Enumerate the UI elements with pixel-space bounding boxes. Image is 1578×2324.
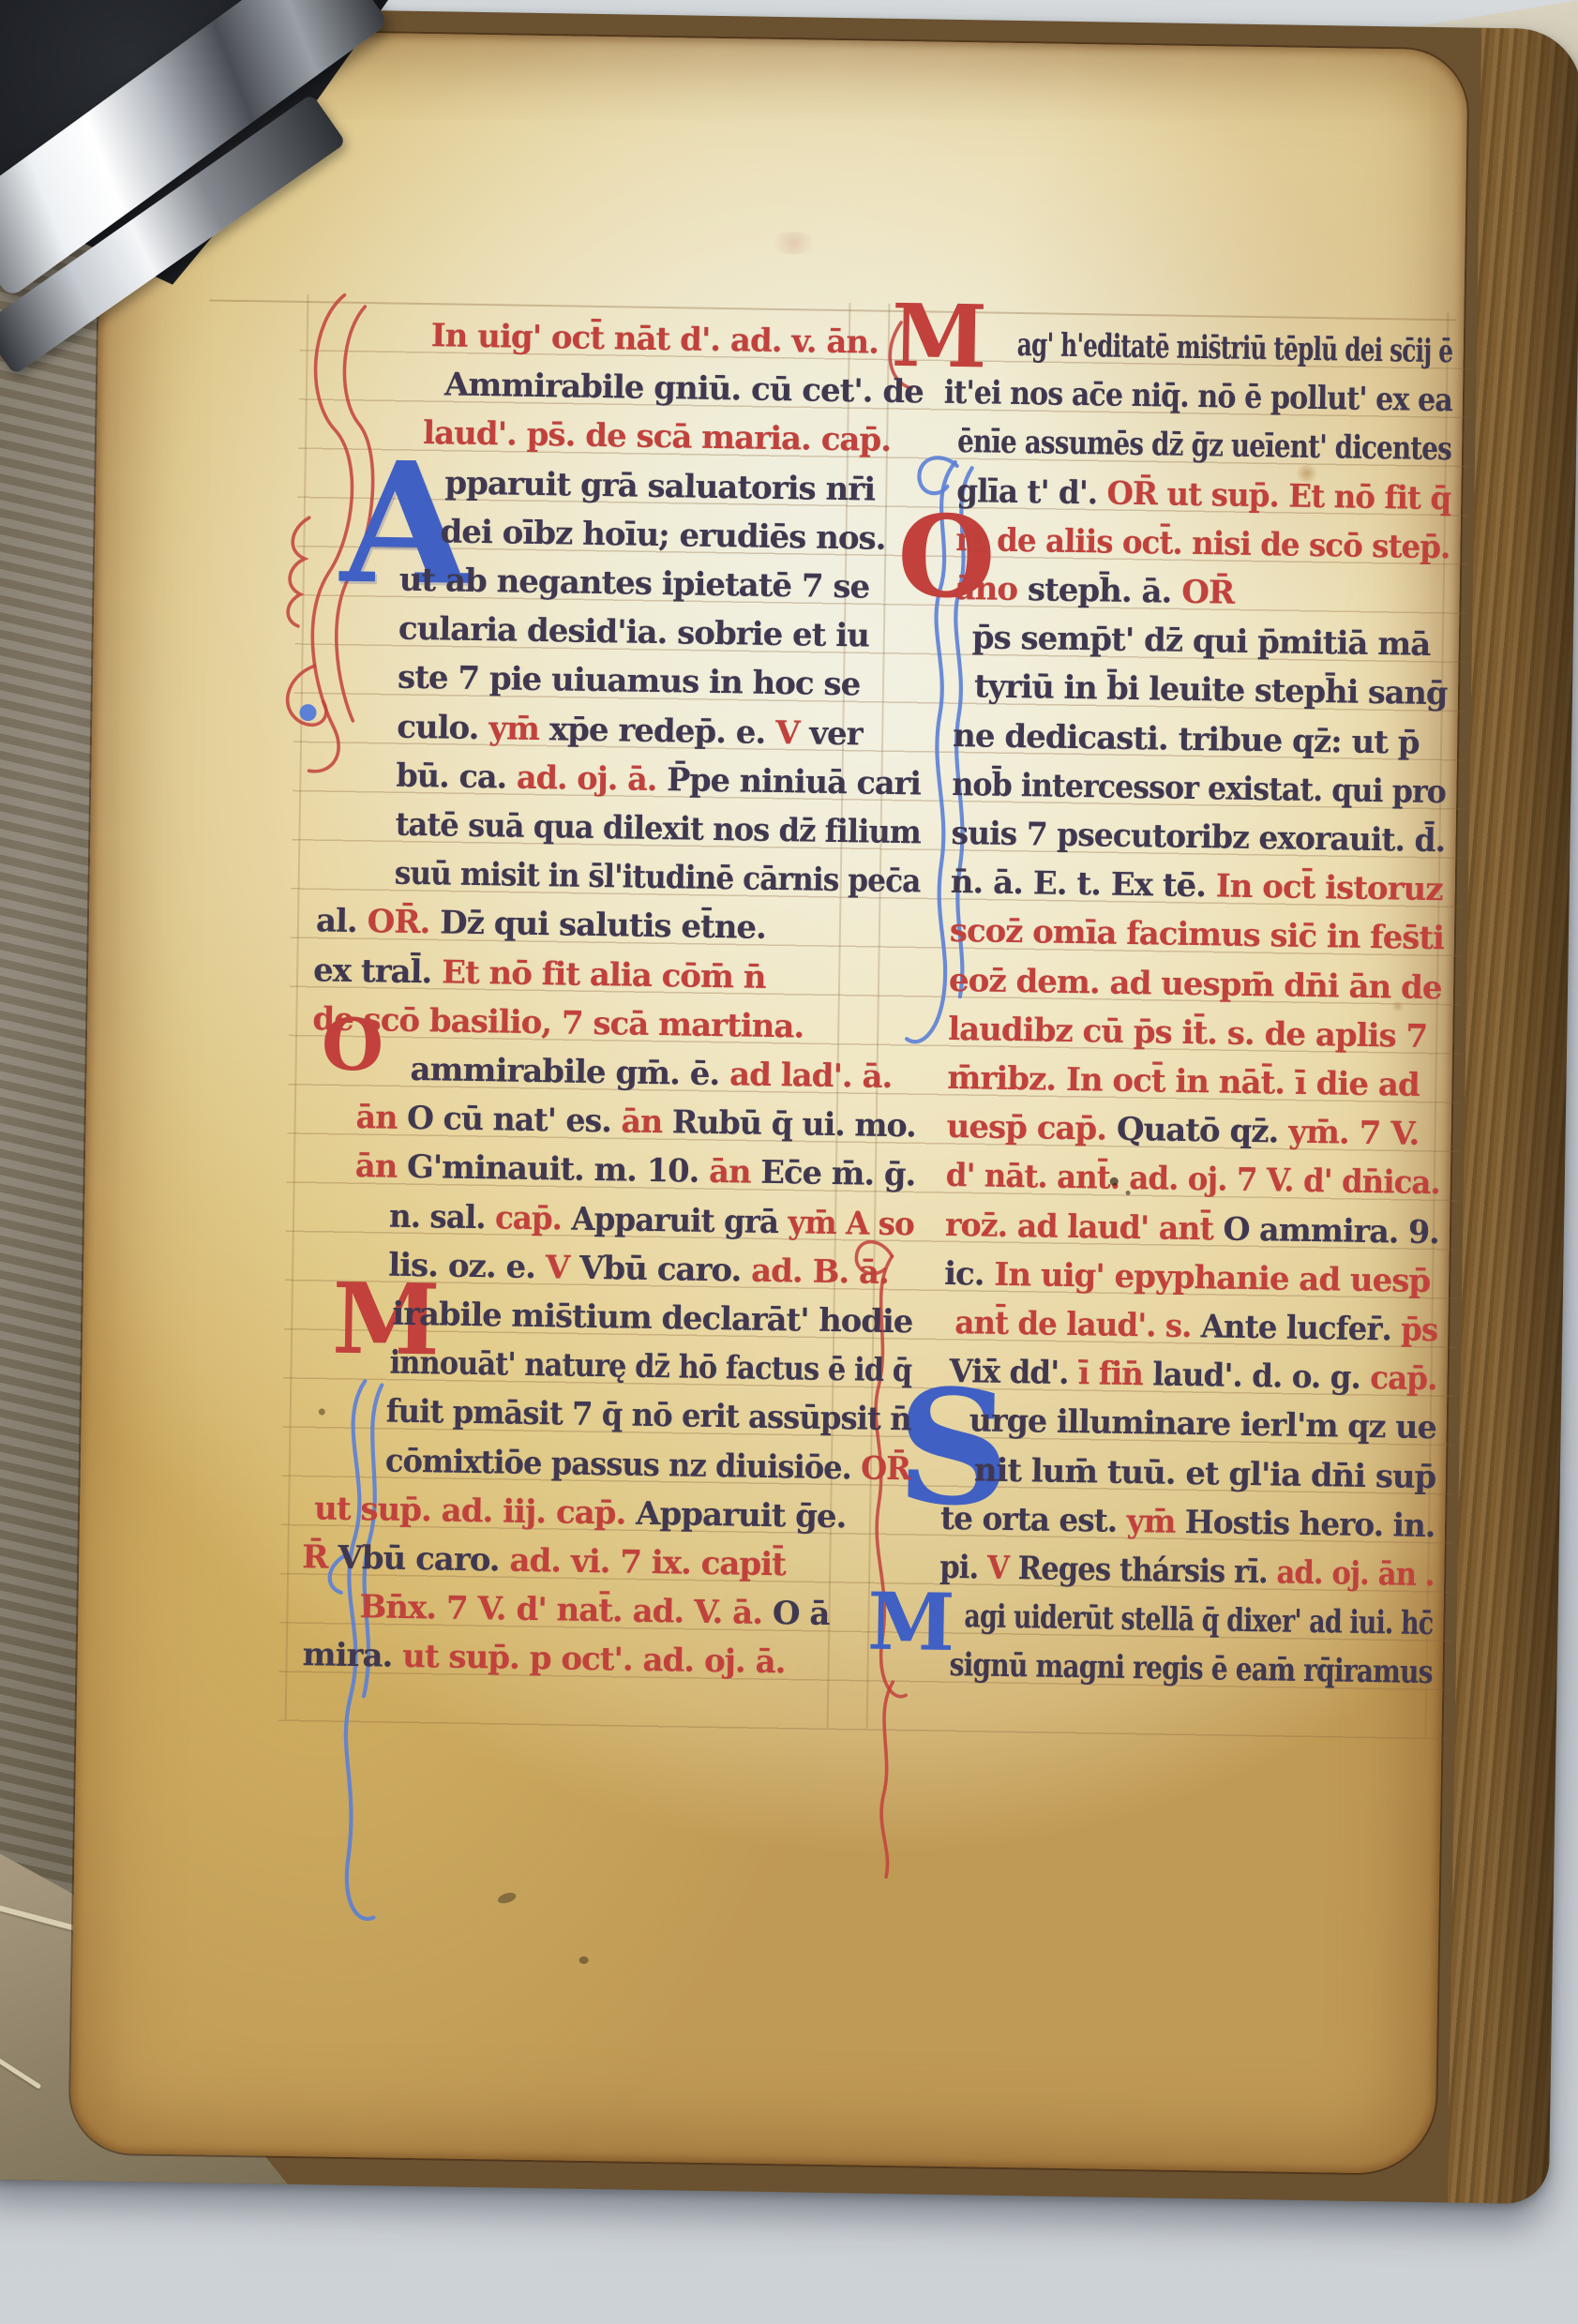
body-text: nob̄ intercessor existat. qui pro — [952, 766, 1446, 811]
body-text: n. sal. — [389, 1197, 496, 1237]
text-line: ut sup̄. ad. iij. cap̄. Apparuit ḡe. — [314, 1488, 847, 1537]
text-line: urge illuminare ierl'm qz ue — [969, 1401, 1436, 1449]
text-line: cularia desid'ia. sobrie et iu — [398, 608, 870, 657]
body-text: cularia desid'ia. sobrie et iu — [398, 610, 870, 655]
rubric-text: p̄s — [1401, 1312, 1438, 1350]
rubric-text: ad. vi. 7 ix. capit̄ — [509, 1542, 786, 1584]
body-text: O cū nat' es. — [407, 1100, 622, 1141]
body-text: ut ab negantes ipietatē 7 se — [398, 562, 869, 607]
text-line: dei oībz hoīu; erudiēs nos. — [440, 511, 886, 559]
text-line: ic. In uig' epyphanie ad uesp̄ — [944, 1253, 1431, 1302]
rubric-text: laud'. ps̄. de scā maria. cap̄. — [423, 414, 892, 459]
body-text: tatē suā qua dilexit nos dz̄ filium — [395, 806, 921, 852]
rubric-text: OR̄ ut sup̄. Et nō fit q̄ — [1106, 474, 1450, 517]
rubric-text: V — [775, 714, 810, 753]
text-line: m̄ribz. In oct̄ in nāt̄. ī die ad — [947, 1057, 1420, 1106]
right-text-column: ag' h'editatē mis̄triū tēplū dei sc̄ij ē… — [867, 322, 1453, 1831]
rubric-text: OR̄ — [1181, 574, 1234, 612]
body-text: p̄s semp̄t' dz̄ qui p̄mitiā mā — [972, 619, 1431, 664]
text-line: bū. ca. ad. oj. ā. P̄pe niniuā cari — [396, 755, 921, 804]
body-text: nit lum̄ tuū. et gl'ia dn̄i sup̄ — [974, 1451, 1436, 1496]
text-line: m̄ de aliis oct̄. nisi de scō step̄. — [955, 519, 1450, 568]
body-text: steph̄. ā. — [1028, 571, 1182, 611]
photo-background: A O M M O S M In uig' oct̄ nāt d'. ad. v… — [0, 0, 1578, 2324]
rubric-text: In oct̄ istoruz — [1216, 868, 1443, 909]
rubric-text: eoz̄ dem. ad uespm̄ dn̄i ān de — [949, 962, 1442, 1007]
rubric-text: ym̄. 7 V. — [1288, 1114, 1420, 1153]
text-line: suis 7 psecutoribz exorauit. d̄. — [951, 813, 1445, 862]
rubric-text: ad. oj. ā. — [517, 758, 668, 799]
body-text: ammirabile gm̄. ē. — [410, 1051, 729, 1093]
body-text: te orta est. — [940, 1500, 1127, 1540]
rubric-text: āno — [954, 570, 1028, 608]
rubric-text: ān — [709, 1153, 761, 1192]
body-text: lis. oz. e. — [388, 1246, 546, 1286]
body-text: cōmixtiōe passus nz diuisiōe. — [385, 1442, 862, 1487]
text-line: āno steph̄. ā. OR̄ — [954, 568, 1234, 614]
rubric-text: de scō basilio, 7 scā martina. — [312, 1000, 804, 1045]
text-line: ex tral̄. Et nō fit alia cōm̄ n̄ — [313, 950, 766, 998]
text-line: tatē suā qua dilexit nos dz̄ filium — [395, 804, 921, 854]
text-line: ammirabile gm̄. ē. ad lad'. ā. — [410, 1049, 893, 1098]
text-line: pi. V Reges thársis rī. ad. oj. ān . — [939, 1547, 1435, 1596]
text-line: In uig' oct̄ nāt d'. ad. v. ān. — [430, 315, 879, 363]
body-text: Reges thársis rī. — [1017, 1550, 1276, 1591]
text-line: agi uiderūt stellā q̄ dixer' ad iui. hc̄ — [964, 1596, 1434, 1644]
body-text: Vix̄ dd'. — [949, 1353, 1078, 1392]
rubric-text: ān — [355, 1147, 408, 1186]
rubric-text: ym̄ — [488, 710, 549, 748]
text-line: nob̄ intercessor existat. qui pro — [952, 764, 1446, 813]
page-fore-edge — [1448, 28, 1578, 2204]
body-text: tyriū in b̄i leuite steph̄i sanḡ — [974, 668, 1448, 713]
rubric-text: V — [546, 1249, 580, 1287]
body-text: O ā — [773, 1595, 830, 1633]
text-line: p̄s semp̄t' dz̄ qui p̄mitiā mā — [971, 617, 1430, 666]
text-line: ag' h'editatē mis̄triū tēplū dei sc̄ij ē — [1016, 324, 1452, 372]
body-text: signū magni regis ē eam̄ rq̄iramus — [949, 1646, 1433, 1691]
text-line: laudibz cū p̄s it̄. s. de aplis 7 — [948, 1009, 1428, 1057]
body-text: Dz̄ qui salutis et̄ne. — [440, 905, 766, 947]
rubric-text: m̄ de aliis oct̄. nisi de scō step̄. — [955, 521, 1450, 566]
rubric-text: ym̄ — [1126, 1503, 1185, 1541]
rubric-text: ān — [355, 1099, 407, 1137]
body-text: ex tral̄. — [313, 952, 443, 991]
rubric-text: V — [987, 1550, 1018, 1588]
text-line: Bn̄x. 7 V. d' nat̄. ad. V. ā. O ā — [359, 1586, 830, 1635]
text-line: tyriū in b̄i leuite steph̄i sanḡ — [974, 667, 1448, 715]
body-text: mira. — [302, 1637, 402, 1676]
text-line: R̄ Vbū caro. ad. vi. 7 ix. capit̄ — [302, 1537, 786, 1585]
rubric-text: cap̄. — [1370, 1359, 1437, 1398]
rubric-text: cap̄. — [495, 1199, 572, 1237]
body-text: O ammira. 9. — [1223, 1210, 1439, 1252]
text-line: it'ei nos ac̄e niq̄. nō ē pollut' ex ea — [944, 372, 1453, 422]
body-text: n̄. ā. E. t. Ex tē̄. — [950, 863, 1216, 905]
rubric-text: uesp̄ cap̄. — [946, 1108, 1117, 1148]
rubric-text: laudibz cū p̄s it̄. s. de aplis 7 — [948, 1011, 1427, 1056]
body-text: Quatō qz̄. — [1117, 1111, 1289, 1151]
body-text: ēnīe assumēs dz̄ ḡz ueīent' dicentes — [957, 423, 1452, 468]
text-line: pparuit grā saluatoris nr̄i — [444, 462, 875, 510]
body-text: innouāt' naturę dz̄ hō factus ē id q̄ — [389, 1344, 911, 1390]
body-text: glīa t' d'. — [956, 472, 1107, 513]
text-line: cōmixtiōe passus nz diuisiōe. OR̄ — [385, 1440, 911, 1490]
body-text: suis 7 psecutoribz exorauit. d̄. — [951, 815, 1445, 860]
text-line: ste 7 pie uiuamus in hoc se — [398, 657, 861, 706]
text-line: fuit pmāsit 7 q̄ nō erit assūpsit n̄ — [385, 1391, 911, 1441]
body-text: Ante lucfer̄. — [1201, 1308, 1402, 1348]
text-line: irabile mis̄tium declarāt' hodie — [392, 1294, 913, 1343]
manuscript-book: A O M M O S M In uig' oct̄ nāt d'. ad. v… — [0, 5, 1578, 2204]
rubric-text: In uig' epyphanie ad uesp̄ — [994, 1256, 1430, 1300]
body-text: bū. ca. — [396, 757, 517, 796]
body-text: ne dedicasti. tribue qz̄: ut p̄ — [953, 717, 1420, 762]
text-line: nit lum̄ tuū. et gl'ia dn̄i sup̄ — [974, 1449, 1436, 1498]
body-text: ver — [809, 714, 863, 753]
body-text: urge illuminare ierl'm qz ue — [969, 1402, 1436, 1447]
text-line: ut ab negantes ipietatē 7 se — [398, 560, 869, 608]
rubric-text: ant̄ de laud'. s. — [954, 1304, 1201, 1345]
rubric-text: OR̄. — [367, 904, 440, 942]
body-text: ic. — [944, 1255, 995, 1294]
text-line: te orta est. ym̄ Hostis hero. in. — [940, 1498, 1435, 1547]
rubric-text: ad lad'. ā. — [729, 1056, 893, 1096]
rubric-text: roz̄. ad laud' ant̄ — [945, 1206, 1224, 1248]
body-text: G'minauit. m. 10. — [407, 1148, 710, 1191]
body-text: ag' h'editatē mis̄triū tēplū dei sc̄ij ē — [1016, 326, 1452, 370]
text-line: suū misit in s̄l'itudinē cārnis pec̄a — [394, 853, 920, 903]
text-line: lis. oz. e. V Vbū caro. ad. B. ā. — [388, 1244, 889, 1293]
rubric-text: In uig' oct̄ nāt d'. ad. v. ān. — [431, 317, 879, 361]
text-line: Vix̄ dd'. ī fin̄ laud'. d. o. g. cap̄. — [949, 1351, 1437, 1400]
body-text: culo. — [397, 708, 489, 747]
body-text: Vbū caro. — [338, 1539, 510, 1580]
body-text: agi uiderūt stellā q̄ dixer' ad iui. hc̄ — [964, 1597, 1433, 1642]
body-text: dei oībz hoīu; erudiēs nos. — [440, 513, 886, 557]
rubric-text: Et nō fit alia cōm̄ n̄ — [442, 953, 766, 996]
text-line: n̄. ā. E. t. Ex tē̄. In oct̄ istoruz — [950, 862, 1443, 910]
rubric-text: m̄ribz. In oct̄ in nāt̄. ī die ad — [947, 1059, 1420, 1104]
body-text: al. — [316, 903, 368, 941]
text-line: mira. ut sup̄. p oct'. ad. oj. ā. — [302, 1635, 786, 1684]
body-text: fuit pmāsit 7 q̄ nō erit assūpsit n̄ — [385, 1393, 911, 1439]
rubric-text: R̄ — [302, 1538, 338, 1577]
text-line: ān O cū nat' es. ān Rubū q̄ ui. mo. — [355, 1097, 916, 1147]
rubric-text: ad. oj. ān . — [1276, 1553, 1435, 1594]
rubric-text: ad. B. ā. — [751, 1252, 889, 1291]
body-text: Ammirabile gniū. cū cet'. de — [444, 367, 924, 412]
body-text: Apparuit ḡe. — [636, 1495, 847, 1537]
left-text-column: In uig' oct̄ nāt d'. ad. v. ān.Ammirabil… — [291, 313, 928, 1822]
text-line: n. sal. cap̄. Apparuit grā ym̄ A so — [389, 1195, 914, 1245]
text-line: d' nāt. ant̄. ad. oj. 7 V. d' dn̄ica. — [945, 1155, 1440, 1204]
body-text: pparuit grā saluatoris nr̄i — [444, 464, 875, 508]
rubric-text: ān — [621, 1103, 672, 1142]
rubric-text: scoz̄ omīa facimus sic̄ in fes̄ti — [950, 912, 1445, 957]
rubric-text: d' nāt. ant̄. ad. oj. 7 V. d' dn̄ica. — [946, 1157, 1441, 1202]
text-line: ān G'minauit. m. 10. ān Ec̄e m̄. ḡ. — [355, 1146, 916, 1195]
parchment-page: A O M M O S M In uig' oct̄ nāt d'. ad. v… — [69, 29, 1467, 2175]
text-line: ant̄ de laud'. s. Ante lucfer̄. p̄s — [954, 1302, 1438, 1351]
rubric-text: ut sup̄. p oct'. ad. oj. ā. — [402, 1638, 786, 1681]
text-line: Ammirabile gniū. cū cet'. de — [444, 365, 924, 413]
text-line: culo. ym̄ xp̄e redep̄. e. V ver — [397, 706, 863, 755]
text-line: roz̄. ad laud' ant̄ O ammira. 9. — [945, 1204, 1439, 1252]
text-line: innouāt' naturę dz̄ hō factus ē id q̄ — [389, 1342, 911, 1392]
body-text: it'ei nos ac̄e niq̄. nō ē pollut' ex ea — [944, 374, 1453, 420]
rubric-text: Bn̄x. 7 V. d' nat̄. ad. V. ā. — [359, 1588, 773, 1632]
body-text: irabile mis̄tium declarāt' hodie — [392, 1296, 912, 1342]
body-text: xp̄e redep̄. e. — [549, 711, 776, 752]
text-line: glīa t' d'. OR̄ ut sup̄. Et nō fit q̄ — [956, 471, 1451, 519]
text-line: scoz̄ omīa facimus sic̄ in fes̄ti — [950, 910, 1445, 959]
text-line: al. OR̄. Dz̄ qui salutis et̄ne. — [316, 901, 767, 950]
body-text: Vbū caro. — [579, 1250, 752, 1290]
text-line: ne dedicasti. tribue qz̄: ut p̄ — [953, 715, 1420, 764]
text-line: signū magni regis ē eam̄ rq̄iramus — [949, 1644, 1433, 1693]
body-text: laud'. d. o. g. — [1152, 1357, 1371, 1398]
body-text: ste 7 pie uiuamus in hoc se — [398, 659, 861, 704]
body-text: suū misit in s̄l'itudinē cārnis pec̄a — [395, 855, 921, 901]
body-text: Hostis hero. in. — [1185, 1504, 1435, 1545]
text-line: de scō basilio, 7 scā martina. — [312, 998, 804, 1047]
body-text: Apparuit grā — [571, 1200, 789, 1241]
rubric-text: ut sup̄. ad. iij. cap̄. — [314, 1490, 637, 1532]
text-line: ēnīe assumēs dz̄ ḡz ueīent' dicentes — [957, 421, 1452, 470]
metal-clip — [0, 0, 441, 328]
text-line: eoz̄ dem. ad uespm̄ dn̄i ān de — [949, 960, 1442, 1009]
text-line: laud'. ps̄. de scā maria. cap̄. — [423, 412, 892, 461]
body-text: pi. — [939, 1549, 987, 1587]
text-line: uesp̄ cap̄. Quatō qz̄. ym̄. 7 V. — [946, 1106, 1419, 1155]
rubric-text: ī fin̄ — [1078, 1355, 1153, 1393]
